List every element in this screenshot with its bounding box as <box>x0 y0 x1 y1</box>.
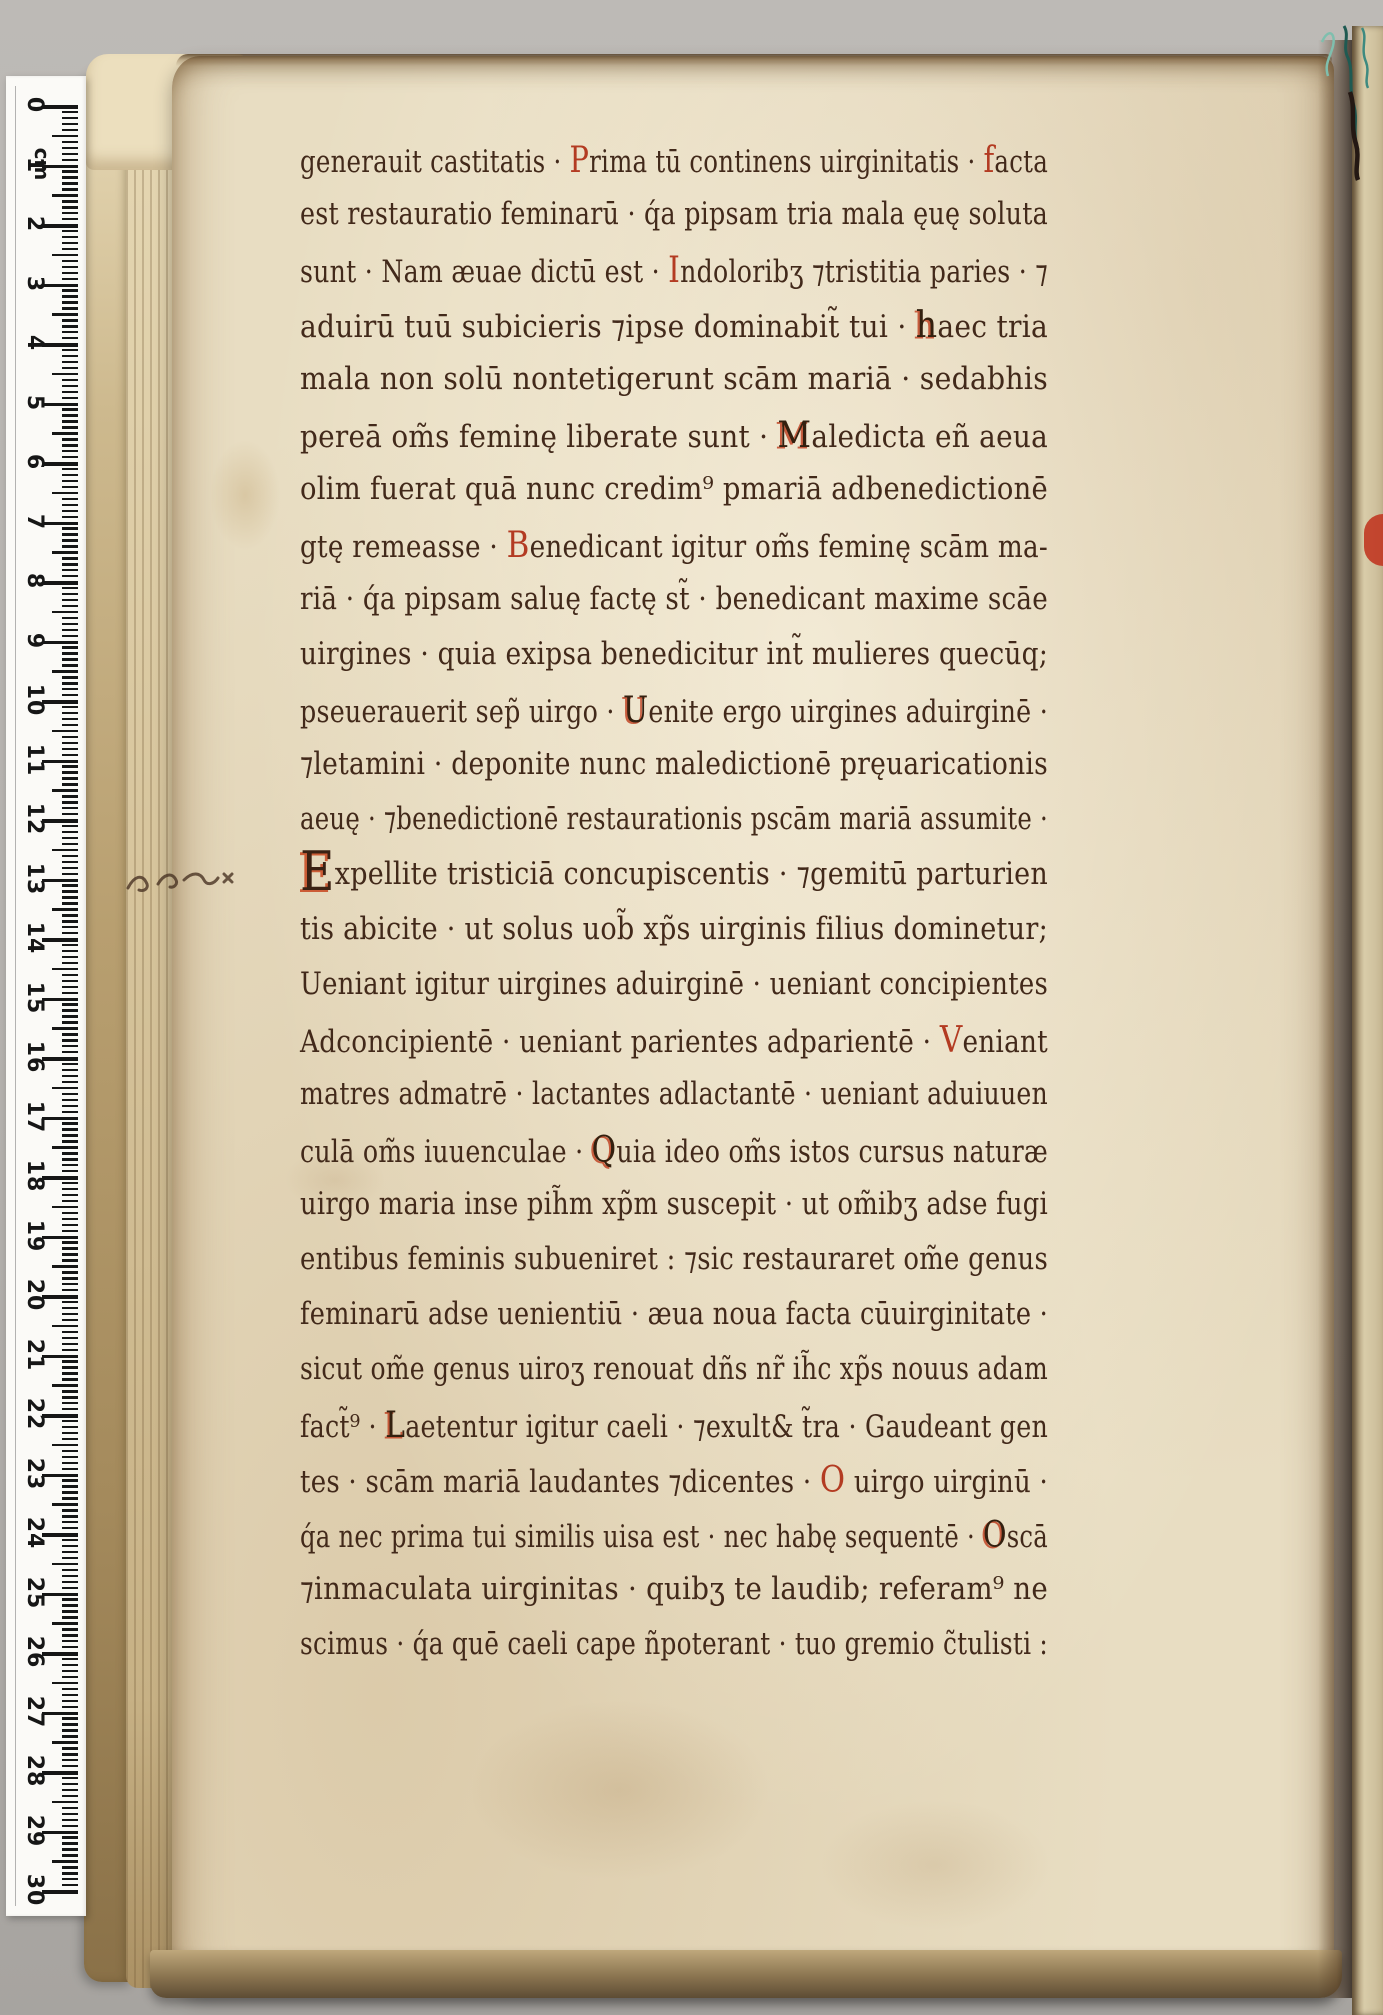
ruler-tick <box>62 1866 78 1868</box>
ruler-tick <box>62 242 78 244</box>
ruler-number: 14 <box>22 922 47 955</box>
manuscript-text: Adconcipientē · ueniant parientes adpari… <box>300 1024 940 1060</box>
ruler-tick <box>52 1682 78 1684</box>
page-top-edge <box>176 54 1332 66</box>
ruler-number: 2 <box>22 216 47 232</box>
gutter-shadow <box>1318 40 1352 1998</box>
ruler-tick <box>52 1444 78 1446</box>
ruler-tick <box>62 1283 78 1285</box>
ruler-tick <box>62 867 78 869</box>
manuscript-line: pseuerauerit sep̃ uirgo · Uenite ergo ui… <box>300 682 1048 737</box>
page-stack-outer-edge <box>84 66 132 1982</box>
ruler-tick <box>42 1414 78 1418</box>
ruler-tick <box>62 664 78 666</box>
ruler-tick <box>52 611 78 613</box>
ruler-tick <box>62 1575 78 1577</box>
ruler-tick <box>62 635 78 637</box>
rubricated-initial: h <box>916 303 938 346</box>
ruler-tick <box>62 212 78 214</box>
manuscript-text: entibus feminis subueniret : ⁊sic restau… <box>300 1241 1048 1277</box>
ruler-number: 8 <box>22 573 47 589</box>
ruler-tick <box>62 1331 78 1333</box>
ruler-tick <box>52 1206 78 1208</box>
ruler-tick <box>42 284 78 288</box>
ruler-tick <box>52 1503 78 1505</box>
manuscript-text: aec tria <box>937 309 1048 345</box>
ruler-tick <box>42 522 78 526</box>
ruler-tick <box>62 706 78 708</box>
ruler-tick <box>62 1557 78 1559</box>
ruler-tick <box>62 170 78 172</box>
ruler-tick <box>62 1408 78 1410</box>
ruler-tick <box>62 147 78 149</box>
ruler-tick <box>42 105 78 109</box>
manuscript-text: pereā om̃s feminę liberate sunt · <box>300 419 777 455</box>
ruler-tick <box>62 1301 78 1303</box>
ruler-tick <box>62 1717 78 1719</box>
ruler-tick <box>62 1462 78 1464</box>
manuscript-text: uia ideo om̃s istos cursus naturæ <box>616 1134 1048 1170</box>
rubricated-initial: V <box>940 1018 963 1061</box>
ruler-tick <box>62 1688 78 1690</box>
manuscript-text: enite ergo uirgines aduirginē · <box>648 694 1048 730</box>
ruler-tick <box>62 575 78 577</box>
ruler-tick <box>62 1468 78 1470</box>
manuscript-line: mala non solū nontetigerunt scām mariā ·… <box>300 352 1048 407</box>
ruler-tick <box>62 272 78 274</box>
ruler-tick <box>62 486 78 488</box>
ruler-tick <box>62 1789 78 1791</box>
ruler-tick <box>62 117 78 119</box>
ruler-tick <box>62 426 78 428</box>
manuscript-line: Adconcipientē · ueniant parientes adpari… <box>300 1012 1048 1067</box>
ruler-tick <box>62 480 78 482</box>
ruler-tick <box>62 1646 78 1648</box>
ruler-tick <box>62 724 78 726</box>
manuscript-line: culā om̃s iuuenculae · Quia ideo om̃s is… <box>300 1122 1048 1177</box>
ruler-tick <box>62 795 78 797</box>
ruler-tick <box>62 742 78 744</box>
ruler-number: 17 <box>22 1100 47 1133</box>
ruler-tick <box>62 1723 78 1725</box>
ruler-tick <box>62 1700 78 1702</box>
ruler-tick <box>62 974 78 976</box>
ruler-number: 4 <box>22 335 47 351</box>
ruler-tick <box>62 1610 78 1612</box>
ruler-tick <box>62 218 78 220</box>
text-block: generauit castitatis · Prima tū continen… <box>300 132 1048 1672</box>
ruler-tick <box>62 325 78 327</box>
ruler-tick <box>62 1426 78 1428</box>
ruler-tick <box>62 1747 78 1749</box>
manuscript-line: scimus · q́a quē caeli cape ñpoterant · … <box>300 1617 1048 1672</box>
ruler-tick <box>62 861 78 863</box>
manuscript-line: uirgines · quia exipsa benedicitur int̃ … <box>300 627 1048 682</box>
ruler-tick <box>52 849 78 851</box>
ruler-tick <box>62 986 78 988</box>
ruler-tick <box>62 1872 78 1874</box>
ruler-tick <box>62 1694 78 1696</box>
manuscript-text: sicut om̃e genus uiroʒ renouat dñs nr̃ i… <box>300 1351 1048 1387</box>
ruler-tick <box>42 879 78 883</box>
ruler-number: 12 <box>22 803 47 836</box>
ruler-tick <box>62 123 78 125</box>
ruler-tick <box>62 1854 78 1856</box>
ruler-tick <box>62 944 78 946</box>
ruler-tick <box>62 1039 78 1041</box>
ruler-tick <box>62 1224 78 1226</box>
manuscript-line: generauit castitatis · Prima tū continen… <box>300 132 1048 187</box>
ruler-tick <box>62 1372 78 1374</box>
manuscript-line: sunt · Nam æuae dictū est · Indoloribʒ ⁊… <box>300 242 1048 297</box>
ruler-tick <box>62 682 78 684</box>
ruler-number: 7 <box>22 513 47 529</box>
ruler-tick <box>62 301 78 303</box>
rubricated-initial: L <box>385 1403 405 1446</box>
ruler-tick <box>52 194 78 196</box>
manuscript-line: tes · scām mariā laudantes ⁊dicentes · O… <box>300 1452 1048 1507</box>
ruler-tick <box>62 599 78 601</box>
ruler-number: 26 <box>22 1636 47 1669</box>
ruler-unit-label: cm <box>30 148 54 181</box>
rubricated-initial: B <box>507 523 530 566</box>
ruler-tick <box>42 819 78 823</box>
ruler-tick <box>52 968 78 970</box>
ruler-tick <box>62 1598 78 1600</box>
ruler-tick <box>62 1628 78 1630</box>
ruler-tick <box>62 992 78 994</box>
manuscript-text: eniant <box>962 1024 1048 1060</box>
ruler-tick <box>52 1563 78 1565</box>
ruler-tick <box>52 254 78 256</box>
ruler-tick <box>52 135 78 137</box>
manuscript-text: pseuerauerit sep̃ uirgo · <box>300 694 623 730</box>
manuscript-line: feminarū adse uenientiū · æua noua facta… <box>300 1287 1048 1342</box>
ruler-tick <box>62 1230 78 1232</box>
ruler-tick <box>62 1527 78 1529</box>
ruler-tick <box>52 313 78 315</box>
ruler-tick <box>62 1735 78 1737</box>
ruler-tick <box>62 1438 78 1440</box>
ruler-tick <box>42 1831 78 1835</box>
ruler-tick <box>62 1670 78 1672</box>
manuscript-text: uirgo maria inse pih̃m xp̃m suscepit · u… <box>300 1186 1048 1222</box>
rubricated-initial: Q <box>592 1128 617 1171</box>
ruler-tick <box>62 896 78 898</box>
ruler-number: 24 <box>22 1517 47 1550</box>
ruler-tick <box>62 1753 78 1755</box>
ruler-tick <box>62 1551 78 1553</box>
ruler-tick <box>62 1491 78 1493</box>
rubricated-initial: O <box>983 1513 1007 1556</box>
ruler-tick <box>62 1277 78 1279</box>
ruler-tick <box>62 1182 78 1184</box>
ruler-tick <box>62 1360 78 1362</box>
ruler-tick <box>62 1813 78 1815</box>
manuscript-line: riā · q́a pipsam saluę factę st̃ · bened… <box>300 572 1048 627</box>
ruler-tick <box>62 248 78 250</box>
ruler-tick <box>62 783 78 785</box>
ruler-tick <box>42 1771 78 1775</box>
manuscript-line: est restauratio feminarū · q́a pipsam tr… <box>300 187 1048 242</box>
ruler-tick <box>62 1188 78 1190</box>
ruler-number: 0 <box>22 97 47 113</box>
ruler-tick <box>52 492 78 494</box>
ruler-number: 27 <box>22 1695 47 1728</box>
ruler-tick <box>62 658 78 660</box>
ruler-tick <box>42 1057 78 1061</box>
ruler-tick <box>62 1759 78 1761</box>
manuscript-text: sunt · Nam æuae dictū est · <box>300 254 668 290</box>
ruler-tick <box>62 295 78 297</box>
ruler-number: 21 <box>22 1338 47 1371</box>
ruler-tick <box>62 420 78 422</box>
ruler-tick <box>62 1003 78 1005</box>
manuscript-text: ⁊letamini · deponite nunc maledictionē p… <box>300 746 1048 782</box>
ruler-tick <box>42 462 78 466</box>
ruler-tick <box>52 1146 78 1148</box>
ruler-tick <box>52 1741 78 1743</box>
ruler-tick <box>62 1640 78 1642</box>
ruler-tick <box>62 1045 78 1047</box>
ruler-tick <box>42 1117 78 1121</box>
ruler-tick <box>62 837 78 839</box>
ruler-tick <box>62 1212 78 1214</box>
ruler-tick <box>62 1319 78 1321</box>
manuscript-text: mala non solū nontetigerunt scām mariā ·… <box>300 361 1048 397</box>
ruler-tick <box>62 1378 78 1380</box>
ruler-tick <box>62 1164 78 1166</box>
manuscript-text: rima tū continens uirginitatis · <box>589 144 983 180</box>
ruler-tick <box>52 1622 78 1624</box>
ruler-tick <box>52 1325 78 1327</box>
ruler-tick <box>62 1051 78 1053</box>
ruler-tick <box>62 807 78 809</box>
ruler-tick <box>62 765 78 767</box>
ruler-tick <box>42 700 78 704</box>
manuscript-text: enedicant igitur om̃s feminę scām ma- <box>530 529 1048 565</box>
ruler-number: 28 <box>22 1755 47 1788</box>
ruler-tick <box>62 504 78 506</box>
manuscript-line: Expellite tristiciā concupiscentis · ⁊ge… <box>300 847 1048 902</box>
ruler-tick <box>62 1432 78 1434</box>
ruler-tick <box>62 1765 78 1767</box>
ruler-tick <box>62 1307 78 1309</box>
ruler-tick <box>62 587 78 589</box>
ruler-tick <box>62 623 78 625</box>
ruler-tick <box>62 1521 78 1523</box>
ruler-tick <box>52 789 78 791</box>
ruler-tick <box>62 926 78 928</box>
ruler-tick <box>62 902 78 904</box>
rubricated-initial: I <box>668 248 680 291</box>
ruler-tick <box>62 1604 78 1606</box>
ruler-tick <box>62 771 78 773</box>
ruler-tick <box>62 980 78 982</box>
ruler-number: 22 <box>22 1398 47 1431</box>
ruler-tick <box>62 736 78 738</box>
ruler-tick <box>62 456 78 458</box>
ruler-tick <box>62 712 78 714</box>
ruler-tick <box>62 1497 78 1499</box>
ruler-tick <box>62 884 78 886</box>
ruler-tick <box>62 1848 78 1850</box>
ruler-number: 13 <box>22 862 47 895</box>
ruler-tick <box>62 646 78 648</box>
ruler-tick <box>52 730 78 732</box>
ruler-tick <box>62 962 78 964</box>
ruler-tick <box>62 1450 78 1452</box>
ruler-number: 5 <box>22 394 47 410</box>
photo-scene: 0123456789101112131415161718192021222324… <box>0 0 1383 2015</box>
ruler-tick <box>62 153 78 155</box>
manuscript-photograph: { "colors":{ "background_grey":"#b4b1ad"… <box>0 0 1383 2015</box>
manuscript-text: scimus · q́a quē caeli cape ñpoterant · … <box>300 1626 1048 1662</box>
ruler-tick <box>62 319 78 321</box>
ruler-tick <box>62 1111 78 1113</box>
ruler-tick <box>62 605 78 607</box>
ruler-tick <box>62 1539 78 1541</box>
cm-ruler: 0123456789101112131415161718192021222324… <box>6 76 86 1916</box>
ruler-tick <box>62 498 78 500</box>
ruler-tick <box>62 182 78 184</box>
ruler-tick <box>62 1634 78 1636</box>
ruler-number: 3 <box>22 275 47 291</box>
ruler-tick <box>62 617 78 619</box>
manuscript-text: Ueniant igitur uirgines aduirginē · ueni… <box>300 966 1048 1002</box>
manuscript-text: scā <box>1007 1519 1048 1555</box>
ruler-tick <box>62 1105 78 1107</box>
ruler-tick <box>62 873 78 875</box>
ruler-tick <box>62 361 78 363</box>
ruler-tick <box>42 343 78 347</box>
manuscript-text: uirgo uirginū · <box>845 1464 1048 1500</box>
ruler-tick <box>62 1128 78 1130</box>
manuscript-text: xpellite tristiciā concupiscentis · ⁊gem… <box>335 856 1048 892</box>
ruler-tick <box>62 355 78 357</box>
ruler-tick <box>62 391 78 393</box>
ruler-tick <box>62 1658 78 1660</box>
ruler-tick <box>52 1384 78 1386</box>
facing-page-sliver <box>1352 26 1383 2015</box>
book-bottom-edge <box>150 1950 1342 1998</box>
ruler-tick <box>62 1063 78 1065</box>
ruler-tick <box>62 1271 78 1273</box>
ruler-tick <box>62 1795 78 1797</box>
manuscript-line: pereā om̃s feminę liberate sunt · Maledi… <box>300 407 1048 462</box>
ruler-tick <box>62 539 78 541</box>
ruler-tick <box>62 141 78 143</box>
manuscript-text: q́a nec prima tui similis uisa est · nec… <box>300 1519 983 1555</box>
rubricated-initial: U <box>623 688 648 731</box>
ruler-tick <box>62 1337 78 1339</box>
manuscript-text: gtę remeasse · <box>300 529 507 565</box>
ruler-tick <box>62 1396 78 1398</box>
ruler-tick <box>62 367 78 369</box>
ruler-tick <box>62 1259 78 1261</box>
ruler-tick <box>62 1878 78 1880</box>
ruler-tick <box>62 956 78 958</box>
ruler-tick <box>42 1533 78 1537</box>
ruler-tick <box>62 563 78 565</box>
manuscript-text: aledicta eñ aeua <box>811 419 1048 455</box>
manuscript-line: olim fuerat quā nunc credim⁹ pmariā adbe… <box>300 462 1048 517</box>
manuscript-text: acta <box>994 144 1048 180</box>
ruler-tick <box>62 1015 78 1017</box>
rubricated-initial: O <box>820 1458 845 1501</box>
manuscript-text: tis abicite · ut solus uob̃ xp̃s uirgini… <box>300 911 1048 947</box>
ruler-tick <box>62 1218 78 1220</box>
ruler-tick <box>52 1860 78 1862</box>
manuscript-text: olim fuerat quā nunc credim⁹ pmariā adbe… <box>300 471 1048 507</box>
ruler-tick <box>62 349 78 351</box>
ruler-tick <box>62 510 78 512</box>
ruler-tick <box>52 1087 78 1089</box>
ruler-tick <box>62 1313 78 1315</box>
rubricated-initial: M <box>777 413 811 456</box>
ruler-tick <box>42 641 78 645</box>
ruler-tick <box>62 1099 78 1101</box>
ruler-tick <box>62 920 78 922</box>
ruler-number: 6 <box>22 454 47 470</box>
ruler-tick <box>62 718 78 720</box>
ruler-tick <box>62 414 78 416</box>
ruler-tick <box>62 1134 78 1136</box>
ruler-tick <box>52 373 78 375</box>
ruler-tick <box>62 188 78 190</box>
ruler-number: 19 <box>22 1219 47 1252</box>
ruler-number: 25 <box>22 1576 47 1609</box>
ruler-tick <box>62 1545 78 1547</box>
ruler-tick <box>62 111 78 113</box>
ruler-tick <box>42 938 78 942</box>
ruler-tick <box>62 533 78 535</box>
ruler-tick <box>62 694 78 696</box>
manuscript-text: riā · q́a pipsam saluę factę st̃ · bened… <box>300 581 1048 617</box>
ruler-tick <box>42 403 78 407</box>
manuscript-text: fact̃⁹ · <box>300 1409 385 1445</box>
ruler-tick <box>62 1402 78 1404</box>
ruler-tick <box>62 545 78 547</box>
ruler-tick <box>42 581 78 585</box>
ruler-tick <box>62 307 78 309</box>
ruler-tick <box>62 337 78 339</box>
ruler-tick <box>52 432 78 434</box>
ruler-number: 20 <box>22 1279 47 1312</box>
ruler-tick <box>62 1783 78 1785</box>
ruler-tick <box>62 159 78 161</box>
ruler-tick <box>62 1836 78 1838</box>
ruler-tick <box>62 1241 78 1243</box>
ruler-tick <box>62 1253 78 1255</box>
ruler-tick <box>42 1236 78 1240</box>
manuscript-text: feminarū adse uenientiū · æua noua facta… <box>300 1296 1048 1332</box>
ruler-tick <box>62 914 78 916</box>
ruler-tick <box>62 843 78 845</box>
ruler-tick <box>62 266 78 268</box>
manuscript-text: culā om̃s iuuenculae · <box>300 1134 592 1170</box>
ruler-tick <box>62 474 78 476</box>
ruler-tick <box>62 1515 78 1517</box>
ruler-number: 16 <box>22 1041 47 1074</box>
ruler-printed-line <box>15 86 16 1906</box>
ruler-tick <box>62 260 78 262</box>
ruler-number: 11 <box>22 743 47 776</box>
ruler-number: 10 <box>22 684 47 717</box>
rubricated-initial: f <box>983 138 994 181</box>
ruler-tick <box>62 1616 78 1618</box>
ruler-tick <box>42 1474 78 1478</box>
